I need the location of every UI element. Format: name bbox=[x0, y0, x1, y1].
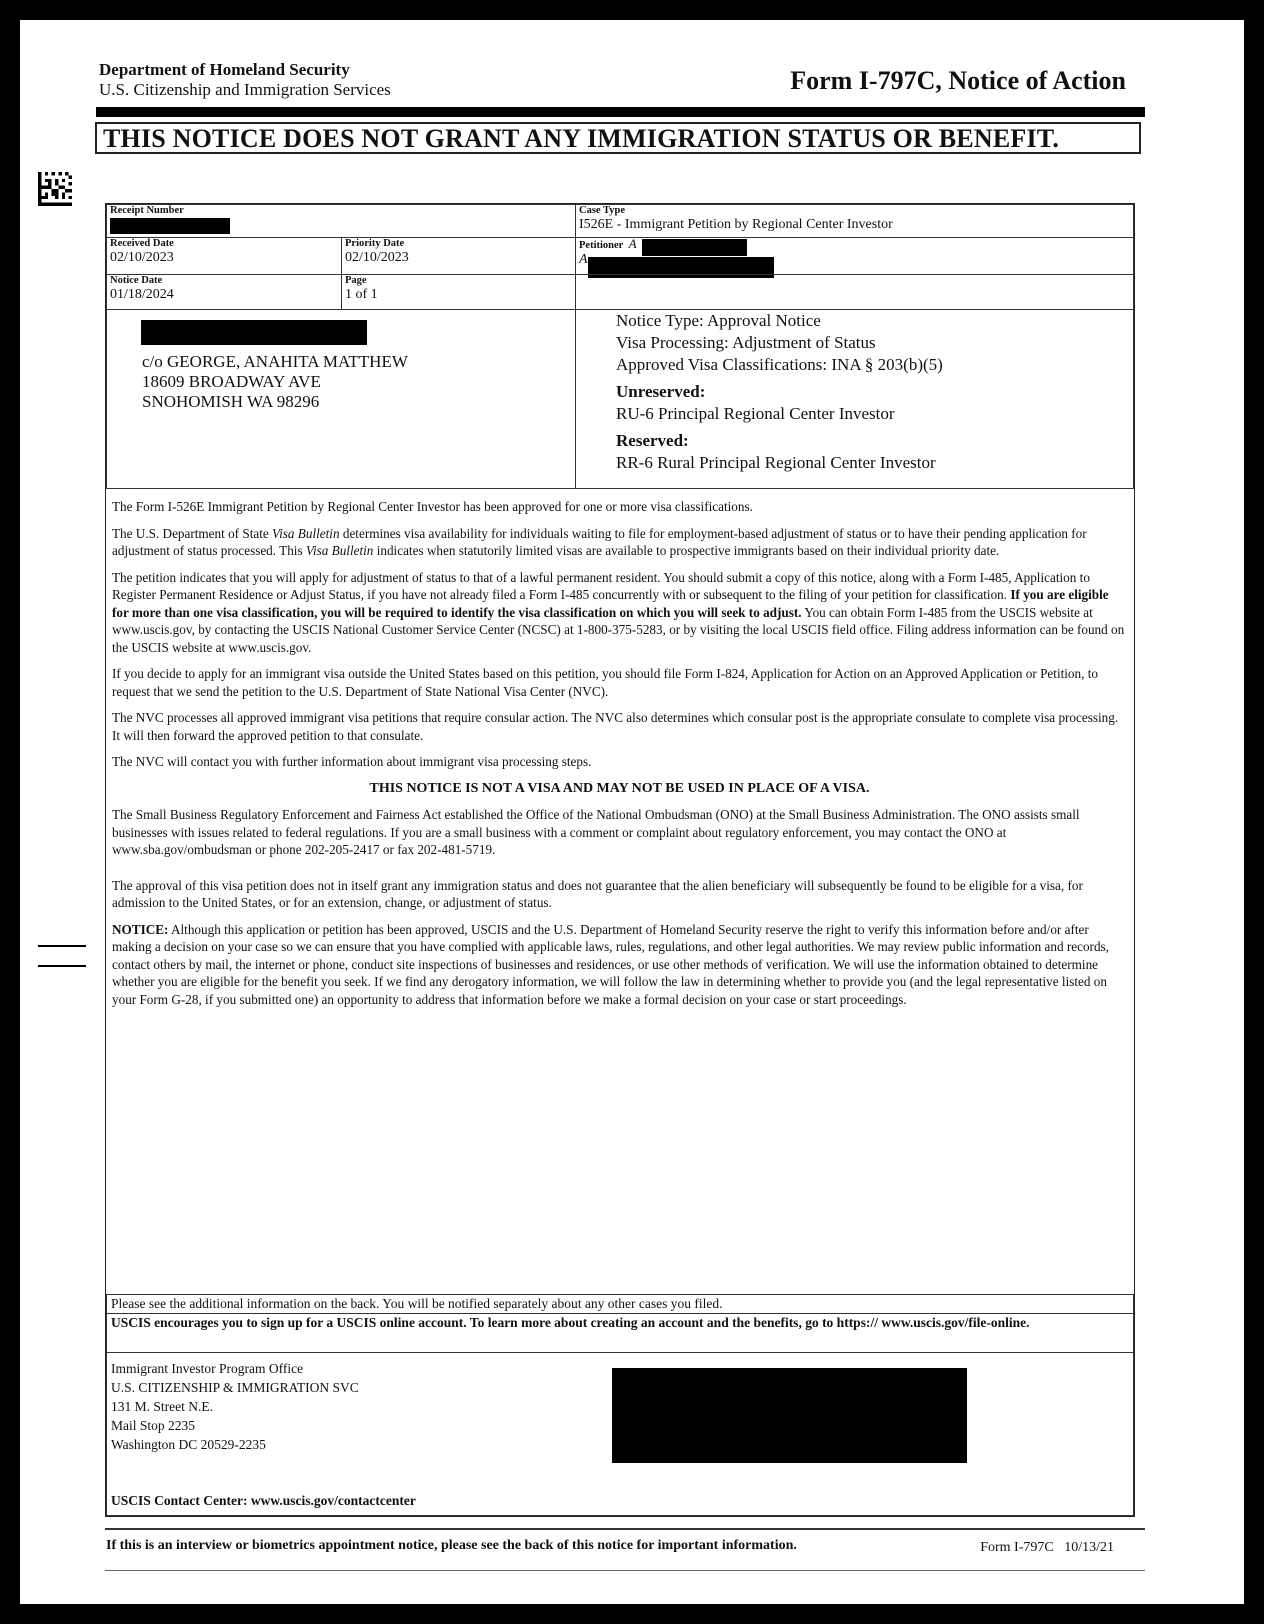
receipt-number-redacted bbox=[110, 218, 230, 234]
not-a-visa-warning: THIS NOTICE IS NOT A VISA AND MAY NOT BE… bbox=[112, 780, 1127, 798]
contact-center: USCIS Contact Center: www.uscis.gov/cont… bbox=[111, 1493, 416, 1509]
office-line2: U.S. CITIZENSHIP & IMMIGRATION SVC bbox=[111, 1378, 359, 1397]
online-account-row: USCIS encourages you to sign up for a US… bbox=[106, 1313, 1134, 1353]
status-banner: THIS NOTICE DOES NOT GRANT ANY IMMIGRATI… bbox=[95, 122, 1141, 154]
office-block: Immigrant Investor Program Office U.S. C… bbox=[106, 1352, 1134, 1516]
reserved-label: Reserved: bbox=[616, 430, 943, 452]
office-line3: 131 M. Street N.E. bbox=[111, 1397, 359, 1416]
city-state-zip-line: SNOHOMISH WA 98296 bbox=[142, 392, 408, 412]
form-title: Form I-797C, Notice of Action bbox=[790, 66, 1126, 96]
footer-note: If this is an interview or biometrics ap… bbox=[106, 1538, 797, 1554]
received-date-label: Received Date bbox=[107, 238, 341, 250]
body-paragraph-7: The Small Business Regulatory Enforcemen… bbox=[112, 806, 1127, 859]
department-name: Department of Homeland Security bbox=[99, 60, 350, 80]
body-paragraph-6: The NVC will contact you with further in… bbox=[112, 753, 1127, 771]
care-of-line: c/o GEORGE, ANAHITA MATTHEW bbox=[142, 352, 408, 372]
footer-rule-bottom bbox=[105, 1570, 1145, 1571]
reserved-value: RR-6 Rural Principal Regional Center Inv… bbox=[616, 452, 943, 474]
notice-date-cell: Notice Date 01/18/2024 bbox=[106, 274, 342, 310]
notice-date-value: 01/18/2024 bbox=[107, 287, 341, 302]
case-type-label: Case Type bbox=[576, 205, 1133, 217]
empty-cell bbox=[575, 274, 1134, 310]
body-paragraph-8: The approval of this visa petition does … bbox=[112, 877, 1127, 912]
case-type-cell: Case Type I526E - Immigrant Petition by … bbox=[575, 204, 1134, 238]
notice-info: Notice Type: Approval Notice Visa Proces… bbox=[616, 310, 943, 474]
header-rule bbox=[96, 107, 1145, 117]
fold-mark bbox=[38, 945, 86, 947]
notice-body: The Form I-526E Immigrant Petition by Re… bbox=[112, 498, 1127, 1017]
office-address: Immigrant Investor Program Office U.S. C… bbox=[111, 1359, 359, 1454]
notice-page: Department of Homeland Security U.S. Cit… bbox=[20, 20, 1244, 1604]
body-paragraph-1: The Form I-526E Immigrant Petition by Re… bbox=[112, 498, 1127, 516]
receipt-number-label: Receipt Number bbox=[107, 205, 575, 217]
case-type-value: I526E - Immigrant Petition by Regional C… bbox=[576, 217, 1133, 232]
notice-type: Notice Type: Approval Notice bbox=[616, 310, 943, 332]
body-paragraph-5: The NVC processes all approved immigrant… bbox=[112, 709, 1127, 744]
petitioner-name-redacted bbox=[642, 239, 747, 256]
body-paragraph-3: The petition indicates that you will app… bbox=[112, 569, 1127, 657]
page-label: Page bbox=[342, 275, 575, 287]
form-edition: Form I-797C 10/13/21 bbox=[980, 1540, 1114, 1556]
notice-info-cell: Notice Type: Approval Notice Visa Proces… bbox=[575, 309, 1134, 489]
receipt-number-cell: Receipt Number bbox=[106, 204, 576, 238]
additional-info-row: Please see the additional information on… bbox=[106, 1294, 1134, 1314]
agency-name: U.S. Citizenship and Immigration Service… bbox=[99, 80, 391, 100]
body-paragraph-2: The U.S. Department of State Visa Bullet… bbox=[112, 525, 1127, 560]
signature-redacted bbox=[612, 1368, 967, 1463]
office-line4: Mail Stop 2235 bbox=[111, 1416, 359, 1435]
fold-mark bbox=[38, 965, 86, 967]
received-date-value: 02/10/2023 bbox=[107, 250, 341, 265]
visa-processing: Visa Processing: Adjustment of Status bbox=[616, 332, 943, 354]
unreserved-label: Unreserved: bbox=[616, 381, 943, 403]
body-paragraph-9: NOTICE: Although this application or pet… bbox=[112, 921, 1127, 1009]
priority-date-value: 02/10/2023 bbox=[342, 250, 575, 265]
visa-classifications: Approved Visa Classifications: INA § 203… bbox=[616, 354, 943, 376]
petitioner-cell: Petitioner A A bbox=[575, 237, 1134, 275]
page-value: 1 of 1 bbox=[342, 287, 575, 302]
priority-date-label: Priority Date bbox=[342, 238, 575, 250]
office-line5: Washington DC 20529-2235 bbox=[111, 1435, 359, 1454]
body-paragraph-4: If you decide to apply for an immigrant … bbox=[112, 665, 1127, 700]
mailing-address: c/o GEORGE, ANAHITA MATTHEW 18609 BROADW… bbox=[142, 352, 408, 412]
footer-rule-top bbox=[105, 1528, 1145, 1530]
2d-barcode-icon bbox=[38, 172, 72, 206]
received-date-cell: Received Date 02/10/2023 bbox=[106, 237, 342, 275]
mailing-address-cell: c/o GEORGE, ANAHITA MATTHEW 18609 BROADW… bbox=[106, 309, 576, 489]
page-cell: Page 1 of 1 bbox=[341, 274, 576, 310]
office-line1: Immigrant Investor Program Office bbox=[111, 1359, 359, 1378]
street-line: 18609 BROADWAY AVE bbox=[142, 372, 408, 392]
addressee-name-redacted bbox=[141, 320, 367, 345]
unreserved-value: RU-6 Principal Regional Center Investor bbox=[616, 403, 943, 425]
priority-date-cell: Priority Date 02/10/2023 bbox=[341, 237, 576, 275]
notice-date-label: Notice Date bbox=[107, 275, 341, 287]
